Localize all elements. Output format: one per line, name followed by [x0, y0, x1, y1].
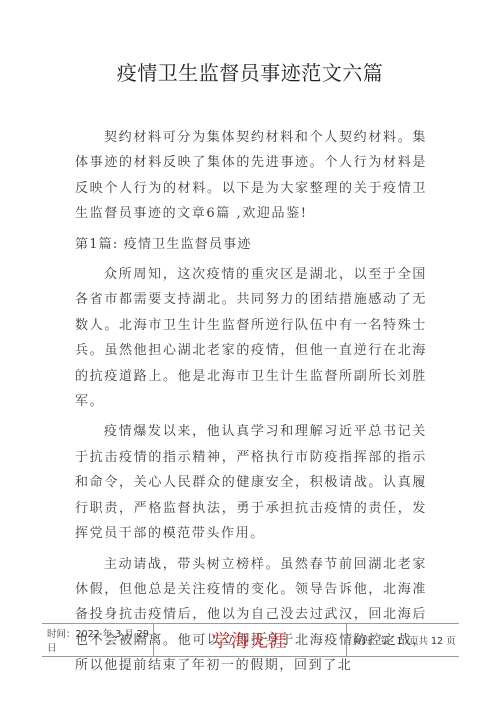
body-paragraph: 众所周知，这次疫情的重灾区是湖北，以至于全国各省市都需要支持湖北。共同努力的团结…	[75, 262, 427, 414]
document-body: 契约材料可分为集体契约材料和个人契约材料。集体事迹的材料反映了集体的先进事迹。个…	[75, 125, 427, 684]
document-page: 疫情卫生监督员事迹范文六篇 契约材料可分为集体契约材料和个人契约材料。集体事迹的…	[0, 0, 500, 707]
footer-date: 时间：2022 年 3 月 29 日	[42, 624, 154, 656]
intro-paragraph: 契约材料可分为集体契约材料和个人契约材料。集体事迹的材料反映了集体的先进事迹。个…	[75, 125, 427, 227]
footer-brand: 学海无涯	[154, 624, 347, 656]
footer-page-number: 页码：第- 1 -页共 12 页	[347, 624, 459, 656]
section-heading: 第1篇: 疫情卫生监督员事迹	[75, 232, 427, 257]
body-paragraph: 主动请战，带头树立榜样。虽然春节前回湖北老家休假，但他总是关注疫情的变化。领导告…	[75, 552, 427, 679]
page-footer: 时间：2022 年 3 月 29 日 学海无涯 页码：第- 1 -页共 12 页	[42, 623, 459, 657]
body-paragraph: 疫情爆发以来，他认真学习和理解习近平总书记关于抗击疫情的指示精神，严格执行市防疫…	[75, 419, 427, 546]
document-title: 疫情卫生监督员事迹范文六篇	[0, 60, 500, 86]
